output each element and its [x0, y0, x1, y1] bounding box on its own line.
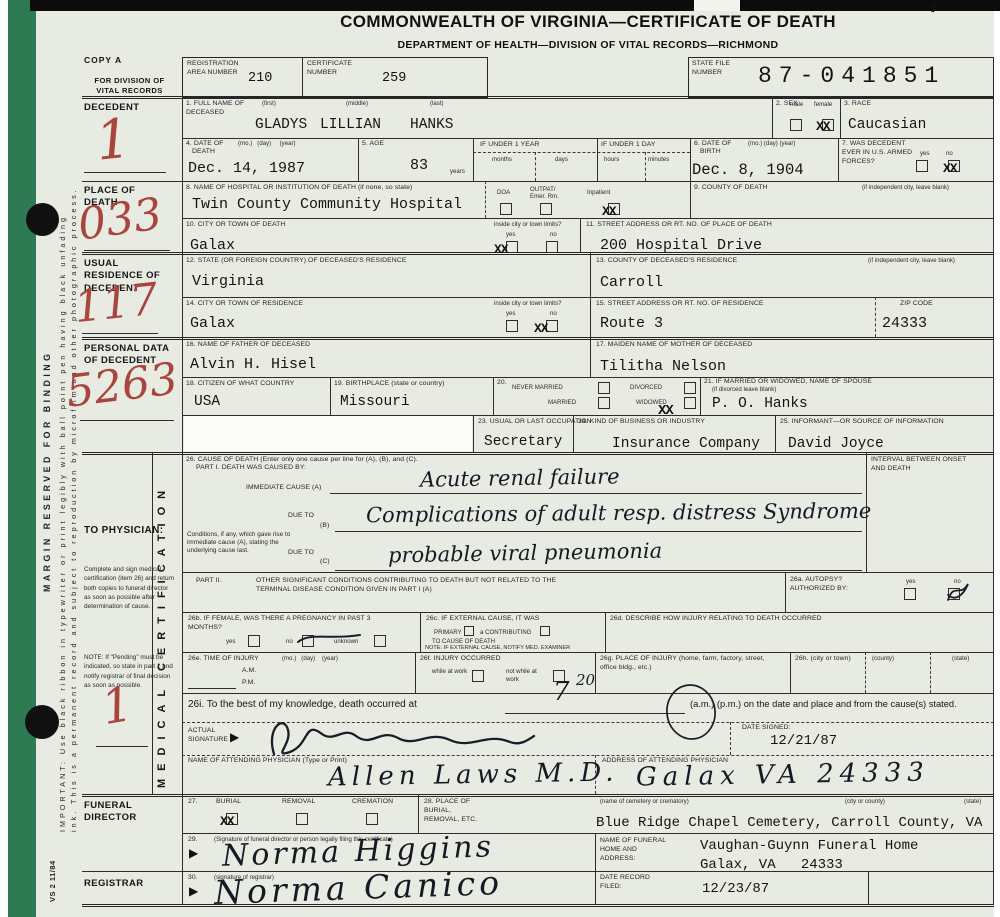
residence-street-value: Route 3 — [600, 315, 663, 332]
field-19-label: 19. BIRTHPLACE (state or country) — [334, 380, 444, 389]
section-divider — [82, 337, 994, 340]
burial-mark: XX — [220, 814, 234, 829]
rail-decedent-code: 1 — [93, 106, 134, 172]
field-26h-state-label: (state) — [952, 655, 969, 663]
field-14-no-mark: XX — [534, 321, 548, 336]
section-divider — [82, 96, 994, 99]
pregnancy-unknown-checkbox — [374, 635, 386, 647]
field-26h-county-label: (county) — [872, 655, 894, 663]
field-25-label: 25. INFORMANT—OR SOURCE OF INFORMATION — [780, 418, 944, 427]
divider — [597, 138, 598, 181]
registration-area-label: REGISTRATION AREA NUMBER — [187, 60, 249, 78]
field-23-label: 23. USUAL OR LAST OCCUPATION — [478, 418, 592, 427]
rail-code-line — [80, 420, 174, 421]
age-unit-label: years — [450, 168, 465, 176]
physician-address-handwritten: Galax VA 24333 — [636, 757, 930, 792]
residence-county-value: Carroll — [600, 274, 663, 291]
pm-label: P.M. — [242, 679, 256, 688]
rail-code-line — [82, 333, 158, 334]
field-10-yes-mark: XX — [494, 242, 508, 257]
divider — [730, 722, 731, 755]
signature-arrow-icon: ▶ — [189, 884, 198, 898]
section-divider — [82, 794, 994, 797]
field-4-label2: DEATH — [192, 148, 215, 157]
autopsy-yes-checkbox — [904, 588, 916, 600]
date-signed-label: DATE SIGNED: — [742, 724, 791, 733]
field-30-label: 30. — [188, 874, 198, 883]
sex-male-checkbox — [790, 119, 802, 131]
field-14-yes-label: yes — [506, 310, 515, 318]
divider — [182, 612, 994, 613]
field-26d-label: 26d. DESCRIBE HOW INJURY RELATING TO DEA… — [610, 615, 822, 624]
city-county-sub-label: (city or county) — [845, 798, 885, 806]
divider — [182, 572, 994, 573]
city-of-death-value: Galax — [190, 237, 235, 254]
physician-name-handwritten: Allen Laws M.D. — [328, 757, 619, 792]
certificate-title: COMMONWEALTH OF VIRGINIA—CERTIFICATE OF … — [182, 12, 994, 32]
under-1-year-label: IF UNDER 1 YEAR — [480, 141, 590, 150]
state-file-label: STATE FILE NUMBER — [692, 60, 737, 78]
sex-male-label: male — [790, 101, 803, 109]
zip-code-label: ZIP CODE — [900, 300, 933, 309]
date-of-birth-value: Dec. 8, 1904 — [692, 161, 804, 179]
divider — [182, 297, 994, 298]
first-name-value: GLADYS — [255, 117, 307, 133]
cremation-label: CREMATION — [352, 798, 393, 807]
divider — [535, 152, 536, 181]
widowed-mark: XX — [658, 403, 673, 419]
scan-artifact-dot — [44, 0, 58, 7]
autopsy-yes-label: yes — [906, 578, 915, 586]
age-value: 83 — [410, 157, 428, 174]
date-of-death-value: Dec. 14, 1987 — [188, 160, 305, 177]
signature-arrow-icon: ▶ — [230, 730, 239, 744]
divider — [152, 452, 153, 794]
field-1-first-sub: (first) — [262, 100, 276, 108]
inpatient-mark: XX — [602, 204, 616, 219]
divider — [418, 794, 419, 833]
field-4-sub: (mo.) (day) (year) — [238, 140, 296, 148]
divider — [182, 693, 994, 694]
rail-code-line — [96, 746, 148, 747]
external-primary-checkbox — [464, 626, 474, 636]
field-11-label: 11. STREET ADDRESS OR RT. NO. OF PLACE O… — [586, 221, 772, 230]
form-right-border — [993, 96, 994, 904]
field-16-label: 16. NAME OF FATHER OF DECEASED — [186, 341, 310, 350]
physician-name-label: NAME OF ATTENDING PHYSICIAN (Type or Pri… — [188, 757, 347, 766]
hole-punch-top — [26, 203, 59, 236]
field-1-last-sub: (last) — [430, 100, 444, 108]
residence-state-value: Virginia — [192, 273, 264, 290]
father-name-value: Alvin H. Hisel — [190, 356, 316, 373]
am-label: A.M. — [242, 667, 256, 676]
never-married-checkbox — [598, 382, 610, 394]
part-2-text: OTHER SIGNIFICANT CONDITIONS CONTRIBUTIN… — [256, 577, 566, 595]
form-code: VS 2 11/84 — [48, 860, 57, 902]
due-to-b-label: DUE TO — [288, 512, 314, 521]
cause-c-handwritten: probable viral pneumonia — [388, 539, 663, 568]
date-filed-value: 12/23/87 — [702, 881, 769, 897]
rail-registrar: REGISTRAR — [84, 878, 144, 890]
occupation-value: Secretary — [484, 434, 562, 450]
field-14-limits-label: inside city or town limits? — [494, 300, 561, 308]
minutes-label: minutes — [648, 156, 669, 164]
cause-b-handwritten: Complications of adult resp. distress Sy… — [366, 499, 872, 527]
divider — [595, 652, 596, 693]
external-contributing-label: a CONTRIBUTING — [480, 629, 531, 637]
immediate-cause-label: IMMEDIATE CAUSE (A) — [246, 484, 321, 493]
time-of-injury-line — [188, 688, 236, 689]
divider — [415, 652, 416, 693]
certificate-number-label: CERTIFICATE NUMBER — [307, 60, 359, 78]
rail-residence-code: 117 — [72, 274, 161, 333]
divider — [330, 377, 331, 415]
race-value: Caucasian — [848, 117, 926, 133]
divider — [775, 415, 776, 452]
industry-value: Insurance Company — [612, 436, 760, 452]
widowed-checkbox — [684, 397, 696, 409]
divider — [595, 833, 596, 904]
days-label: days — [555, 156, 568, 164]
divider — [840, 96, 841, 138]
part-1-label: PART I. DEATH WAS CAUSED BY: — [196, 464, 306, 473]
field-26e-label: 26e. TIME OF INJURY — [188, 655, 259, 664]
divider — [785, 572, 786, 612]
divorced-checkbox — [684, 382, 696, 394]
divider — [358, 138, 359, 181]
field-13-label: 13. COUNTY OF DECEASED'S RESIDENCE — [596, 257, 737, 266]
burial-label: BURIAL — [216, 798, 241, 807]
hole-punch-bottom — [25, 705, 59, 739]
not-while-at-work-label: not while at work — [506, 668, 546, 683]
field-1-middle-sub: (middle) — [346, 100, 368, 108]
divider — [182, 833, 994, 834]
divider — [690, 138, 691, 181]
field-26h-label: 26h. (city or town) — [795, 655, 861, 664]
divider — [182, 377, 994, 378]
never-married-label: NEVER MARRIED — [512, 384, 563, 392]
hours-label: hours — [604, 156, 619, 164]
field-6-sub: (mo.) (day) (year) — [748, 140, 795, 148]
copy-label: COPY A — [84, 55, 122, 66]
funeral-home-label: NAME OF FUNERAL HOME AND ADDRESS: — [600, 837, 666, 863]
doa-checkbox — [500, 203, 512, 215]
divider — [182, 652, 994, 653]
field-1-label: 1. FULL NAME OF DECEASED — [186, 100, 246, 118]
date-signed-value: 12/21/87 — [770, 733, 837, 749]
divider — [473, 415, 474, 452]
conditions-note: Conditions, if any, which gave rise to i… — [187, 531, 303, 555]
cremation-checkbox — [366, 813, 378, 825]
field-28-label: 28. PLACE OF BURIAL, REMOVAL, ETC. — [424, 798, 488, 824]
rail-code-line — [84, 172, 166, 173]
hospital-value: Twin County Community Hospital — [192, 196, 462, 213]
time-of-death-minutes: 20 — [576, 671, 595, 689]
divider — [473, 138, 474, 181]
divider — [865, 652, 866, 693]
state-file-value: 87-041851 — [758, 63, 945, 89]
time-of-death-hour: 7 — [553, 677, 570, 707]
removal-checkbox — [296, 813, 308, 825]
outpatient-checkbox — [540, 203, 552, 215]
married-label: MARRIED — [548, 399, 576, 407]
divorced-label: DIVORCED — [630, 384, 662, 392]
middle-name-value: LILLIAN — [320, 117, 381, 133]
armed-forces-no-mark: XX — [943, 161, 957, 176]
rail-funeral-director: FUNERAL DIRECTOR — [84, 800, 154, 825]
divider — [838, 138, 839, 181]
inpatient-label: Inpatient — [587, 189, 610, 197]
field-9-label: 9. COUNTY OF DEATH — [694, 184, 768, 193]
pregnancy-yes-label: yes — [226, 638, 235, 646]
line-b-label: (B) — [320, 522, 329, 531]
copy-for-label: FOR DIVISION OF VITAL RECORDS — [82, 76, 177, 96]
interval-label: INTERVAL BETWEEN ONSET AND DEATH — [871, 456, 981, 474]
field-10-limits-label: inside city or town limits? — [494, 221, 561, 229]
divider — [473, 152, 690, 153]
death-street-value: 200 Hospital Drive — [600, 237, 762, 254]
divider — [302, 57, 303, 98]
actual-signature-label: ACTUAL SIGNATURE — [188, 727, 228, 745]
cause-b-line — [335, 531, 862, 532]
certificate-subtitle: DEPARTMENT OF HEALTH—DIVISION OF VITAL R… — [182, 39, 994, 51]
registration-area-value: 210 — [248, 71, 272, 86]
cause-a-line — [330, 493, 862, 494]
field-10-no-checkbox — [546, 241, 558, 253]
months-label: months — [492, 156, 512, 164]
form-left-border — [182, 96, 183, 904]
divider — [645, 152, 646, 181]
field-17-label: 17. MAIDEN NAME OF MOTHER OF DECEASED — [596, 341, 752, 350]
divider — [485, 181, 486, 218]
field-8-label: 8. NAME OF HOSPITAL OR INSTITUTION OF DE… — [186, 184, 476, 193]
pregnancy-no-label: no — [286, 638, 293, 646]
field-14-label: 14. CITY OR TOWN OF RESIDENCE — [186, 300, 303, 309]
divider — [182, 218, 994, 219]
spouse-name-value: P. O. Hanks — [712, 396, 808, 412]
under-1-day-label: IF UNDER 1 DAY — [601, 141, 689, 150]
field-24-label: 24. KIND OF BUSINESS OR INDUSTRY — [578, 418, 705, 427]
divider — [82, 181, 994, 182]
sex-female-label: female — [814, 101, 832, 109]
cemetery-sub-label: (name of cemetery or crematory) — [600, 798, 689, 806]
certificate-number-value: 259 — [382, 71, 406, 86]
field-10-label: 10. CITY OR TOWN OF DEATH — [186, 221, 285, 230]
state-sub-label: (state) — [964, 798, 981, 806]
field-10-yes-label: yes — [506, 231, 515, 239]
funeral-home-name-value: Vaughan-Guynn Funeral Home — [700, 838, 918, 854]
armed-forces-yes-checkbox — [916, 160, 928, 172]
external-primary-label: PRIMARY — [434, 629, 462, 637]
funeral-home-address-value: Galax, VA 24333 — [700, 857, 843, 873]
field-20-label: 20. — [497, 379, 507, 388]
margin-important-line1: IMPORTANT: Use black ribbon in typewrite… — [58, 215, 67, 832]
while-at-work-label: while at work — [432, 668, 468, 676]
am-circle-handwritten — [662, 682, 720, 742]
external-contributing-checkbox — [540, 626, 550, 636]
field-29-label: 29. — [188, 836, 198, 845]
divider — [605, 612, 606, 652]
redaction-box — [184, 416, 472, 451]
date-filed-label: DATE RECORD FILED: — [600, 874, 670, 892]
field-9-sub: (if independent city, leave blank) — [862, 184, 949, 192]
cause-a-handwritten: Acute renal failure — [420, 464, 620, 491]
last-name-value: HANKS — [410, 117, 454, 133]
field-26e-sub: (mo.) (day) (year) — [282, 655, 338, 663]
married-checkbox — [598, 397, 610, 409]
cause-c-line — [335, 570, 862, 571]
mother-name-value: Tilitha Nelson — [600, 358, 726, 375]
field-3-label: 3. RACE — [844, 100, 871, 109]
external-note: NOTE: IF EXTERNAL CAUSE, NOTIFY MED. EXA… — [425, 645, 570, 652]
field-26i-post: (a.m.) (p.m.) on the date and place and … — [690, 699, 957, 709]
field-5-label: 5. AGE — [362, 140, 384, 149]
divider — [875, 297, 876, 337]
doa-label: DOA — [497, 189, 510, 197]
divider — [590, 337, 591, 377]
pregnancy-yes-checkbox — [248, 635, 260, 647]
due-to-c-label: DUE TO — [288, 549, 314, 558]
divider — [590, 252, 591, 337]
part-2-label: PART II. — [196, 577, 222, 586]
divider — [930, 652, 931, 693]
divider — [790, 652, 791, 693]
field-26i-pre: 26i. To the best of my knowledge, death … — [188, 699, 417, 710]
birthplace-value: Missouri — [340, 394, 410, 410]
armed-forces-no-label: no — [946, 150, 953, 158]
field-10-no-label: no — [550, 231, 557, 239]
field-26g-label: 26g. PLACE OF INJURY (home, farm, factor… — [600, 655, 770, 673]
scan-top-edge-gap — [694, 0, 740, 11]
field-27-label: 27. — [188, 798, 198, 807]
field-26c-label: 26c. IF EXTERNAL CAUSE, IT WAS — [426, 615, 539, 624]
field-21-sub: (if divorced leave blank) — [712, 386, 776, 394]
field-13-sub: (if independent city, leave blank) — [868, 257, 955, 265]
line-c-label: (C) — [320, 558, 330, 567]
sex-female-mark: XX — [816, 119, 830, 134]
field-7-label: 7. WAS DECEDENT EVER IN U.S. ARMED FORCE… — [842, 140, 922, 166]
citizenship-value: USA — [194, 394, 220, 410]
divider — [690, 181, 691, 218]
binding-green-strip — [8, 0, 36, 917]
divider — [772, 96, 773, 138]
divider — [182, 138, 994, 139]
burial-place-value: Blue Ridge Chapel Cemetery, Carroll Coun… — [596, 815, 982, 831]
field-26f-label: 26f. INJURY OCCURRED — [420, 655, 501, 664]
pregnancy-no-handwritten-mark — [296, 630, 362, 644]
removal-label: REMOVAL — [282, 798, 315, 807]
margin-binding-text: MARGIN RESERVED FOR BINDING — [42, 351, 52, 592]
signature-arrow-icon: ▶ — [189, 846, 198, 860]
divider — [580, 218, 581, 252]
residence-city-value: Galax — [190, 315, 235, 332]
rail-code-line — [84, 250, 170, 251]
autopsy-no-handwritten-mark — [942, 580, 972, 604]
field-18-label: 18. CITIZEN OF WHAT COUNTRY — [186, 380, 294, 389]
scan-top-edge — [30, 0, 1000, 11]
death-certificate-scan: MARGIN RESERVED FOR BINDING IMPORTANT: U… — [0, 0, 1000, 917]
rail-physician-note: Complete and sign medical certification … — [84, 565, 176, 611]
while-at-work-checkbox — [472, 670, 484, 682]
field-12-label: 12. STATE (OR FOREIGN COUNTRY) OF DECEAS… — [186, 257, 406, 266]
divider — [420, 612, 421, 652]
zip-code-value: 24333 — [882, 315, 927, 332]
divider — [700, 377, 701, 415]
emer-rm-label: Emer. Rm. — [530, 193, 559, 201]
divider — [868, 871, 869, 904]
armed-forces-yes-label: yes — [920, 150, 929, 158]
field-14-no-label: no — [550, 310, 557, 318]
divider — [493, 377, 494, 415]
informant-value: David Joyce — [788, 436, 884, 452]
field-14-yes-checkbox — [506, 320, 518, 332]
physician-signature — [248, 712, 538, 760]
field-15-label: 15. STREET ADDRESS OR RT. NO. OF RESIDEN… — [596, 300, 764, 309]
section-divider — [82, 452, 994, 455]
field-26a-label: 26a. AUTOPSY? AUTHORIZED BY: — [790, 576, 868, 594]
field-6-label2: BIRTH — [700, 148, 721, 157]
